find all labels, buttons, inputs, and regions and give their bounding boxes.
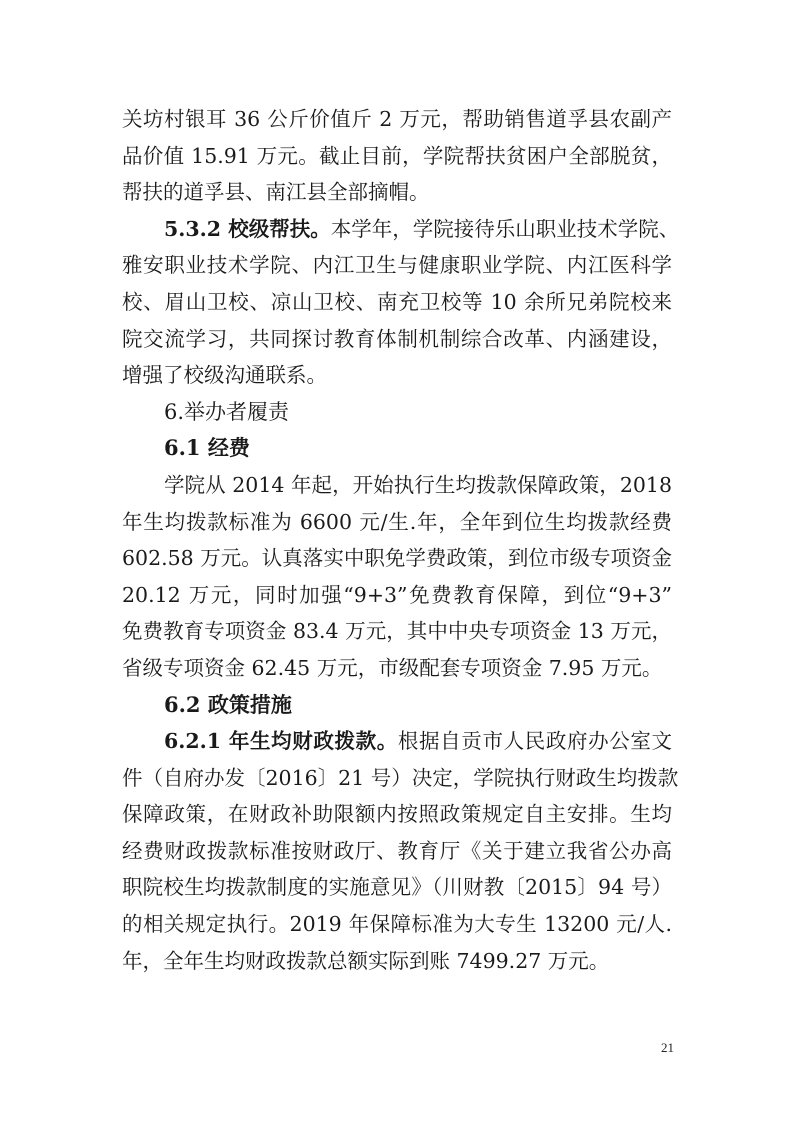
section-heading-6-2: 6.2 政策措施 — [122, 687, 672, 724]
section-heading-6: 6.举办者履责 — [122, 394, 672, 431]
document-page: 关坊村银耳 36 公斤价值斤 2 万元，帮助销售道孚县农副产 品价值 15.91… — [122, 101, 672, 979]
text-line: 5.3.2 校级帮扶。本学年，学院接待乐山职业技术学院、 — [122, 211, 672, 248]
text-line: 6.2.1 年生均财政拨款。根据自贡市人民政府办公室文 — [122, 723, 672, 760]
text-line: 年，全年生均财政拨款总额实际到账 7499.27 万元。 — [122, 943, 672, 980]
paragraph-poverty-alleviation-continued: 关坊村银耳 36 公斤价值斤 2 万元，帮助销售道孚县农副产 品价值 15.91… — [122, 101, 672, 211]
text-line: 保障政策，在财政补助限额内按照政策规定自主安排。生均 — [122, 796, 672, 833]
text-span: 本学年，学院接待乐山职业技术学院、 — [331, 217, 680, 241]
text-line: 免费教育专项资金 83.4 万元，其中中央专项资金 13 万元， — [122, 613, 672, 650]
text-line: 20.12 万元，同时加强“9+3”免费教育保障，到位“9+3” — [122, 577, 672, 614]
text-line: 帮扶的道孚县、南江县全部摘帽。 — [122, 174, 672, 211]
text-line: 校、眉山卫校、凉山卫校、南充卫校等 10 余所兄弟院校来 — [122, 284, 672, 321]
section-heading-6-1: 6.1 经费 — [122, 430, 672, 467]
text-span: 根据自贡市人民政府办公室文 — [398, 729, 672, 753]
section-lead-5-3-2: 5.3.2 校级帮扶。 — [164, 217, 331, 241]
text-line: 关坊村银耳 36 公斤价值斤 2 万元，帮助销售道孚县农副产 — [122, 101, 672, 138]
paragraph-5-3-2: 5.3.2 校级帮扶。本学年，学院接待乐山职业技术学院、 雅安职业技术学院、内江… — [122, 211, 672, 394]
text-line: 602.58 万元。认真落实中职免学费政策，到位市级专项资金 — [122, 540, 672, 577]
paragraph-6-2-1: 6.2.1 年生均财政拨款。根据自贡市人民政府办公室文 件（自府办发〔2016〕… — [122, 723, 672, 979]
paragraph-6-1: 学院从 2014 年起，开始执行生均拨款保障政策，2018 年生均拨款标准为 6… — [122, 467, 672, 687]
text-line: 的相关规定执行。2019 年保障标准为大专生 13200 元/人. — [122, 906, 672, 943]
page-number: 21 — [661, 1040, 674, 1056]
text-line: 院交流学习，共同探讨教育体制机制综合改革、内涵建设， — [122, 321, 672, 358]
text-line: 雅安职业技术学院、内江卫生与健康职业学院、内江医科学 — [122, 247, 672, 284]
text-line: 职院校生均拨款制度的实施意见》（川财教〔2015〕94 号） — [122, 869, 672, 906]
text-line: 省级专项资金 62.45 万元，市级配套专项资金 7.95 万元。 — [122, 650, 672, 687]
text-line: 增强了校级沟通联系。 — [122, 357, 672, 394]
text-line: 学院从 2014 年起，开始执行生均拨款保障政策，2018 — [122, 467, 672, 504]
text-line: 年生均拨款标准为 6600 元/生.年，全年到位生均拨款经费 — [122, 504, 672, 541]
text-line: 经费财政拨款标准按财政厅、教育厅《关于建立我省公办高 — [122, 833, 672, 870]
text-line: 品价值 15.91 万元。截止目前，学院帮扶贫困户全部脱贫， — [122, 138, 672, 175]
section-lead-6-2-1: 6.2.1 年生均财政拨款。 — [164, 729, 398, 753]
text-line: 件（自府办发〔2016〕21 号）决定，学院执行财政生均拨款 — [122, 760, 672, 797]
